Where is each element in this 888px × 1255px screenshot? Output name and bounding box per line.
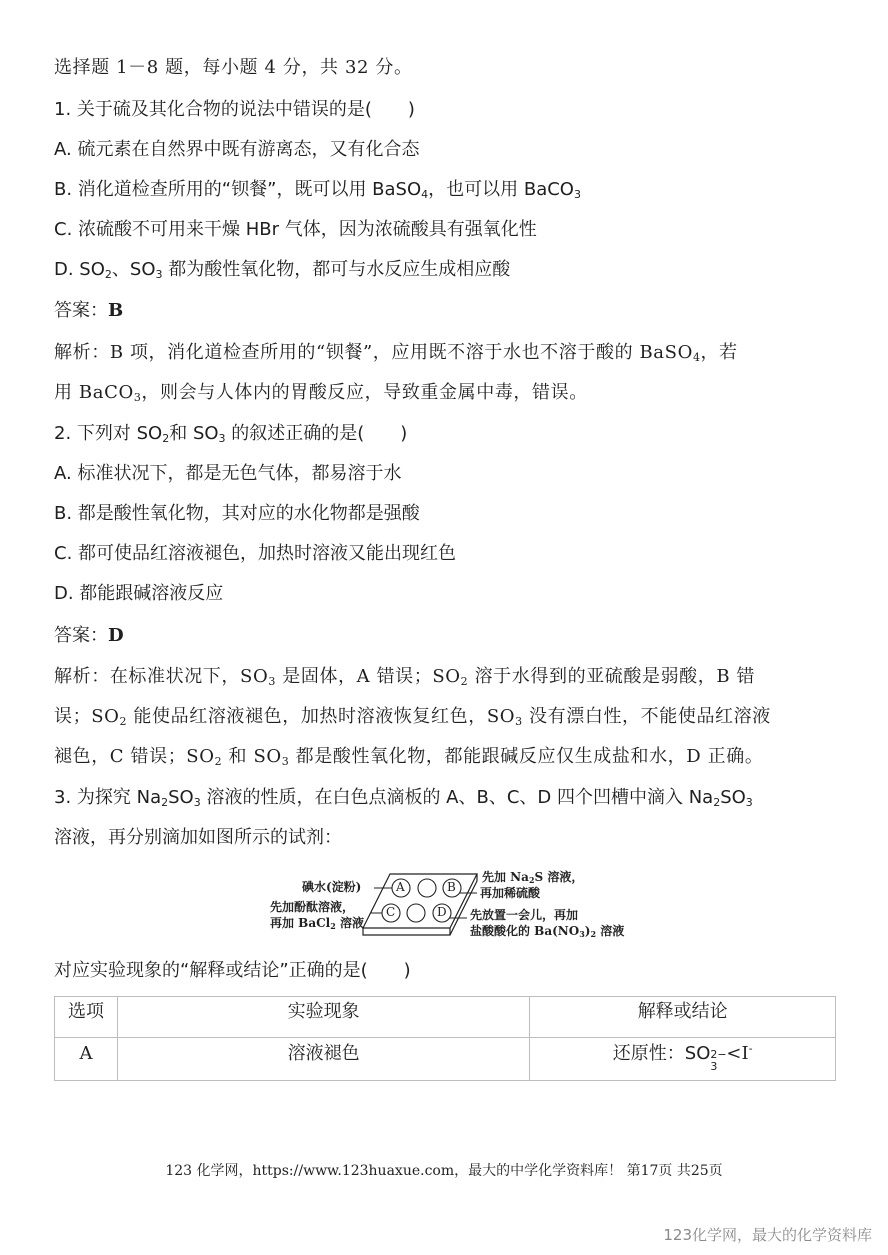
q1-option-d: D. SO2、SO3 都为酸性氧化物，都可与水反应生成相应酸 [54, 258, 510, 282]
well-c-letter: C [386, 905, 395, 920]
text: B 项，消化道检查所用的“钡餐”，应用既不溶于水也不溶于酸的 BaSO [110, 342, 693, 363]
text: 褪色，C 错误；SO [54, 746, 215, 767]
q2-stem: 2. 下列对 SO2和 SO3 的叙述正确的是( ) [54, 422, 407, 446]
spot-plate-diagram: A B C D 碘水(淀粉) 先加酚酞溶液， 再加 BaCl2 溶液 先加 Na… [262, 868, 632, 944]
cell-conclusion: 还原性：SO2−3<I- [530, 1038, 836, 1081]
q3-options-table: 选项 实验现象 解释或结论 A 溶液褪色 还原性：SO2−3<I- [54, 996, 836, 1081]
q2-analysis-line1: 解析：在标准状况下，SO3 是固体，A 错误；SO2 溶于水得到的亚硫酸是弱酸，… [54, 665, 755, 689]
text: 盐酸酸化的 Ba(NO [470, 924, 579, 938]
label-c-line2: 再加 BaCl2 溶液 [270, 916, 364, 931]
text: 误；SO [54, 706, 120, 727]
superscript: - [749, 1042, 753, 1055]
label-c-line1: 先加酚酞溶液， [270, 900, 354, 915]
text: 是固体，A 错误；SO [276, 666, 461, 687]
text: <I [726, 1043, 748, 1064]
subscript: 2 [120, 715, 128, 728]
label-d-line1: 先放置一会儿，再加 [470, 908, 578, 923]
text: 溶液 [596, 924, 624, 938]
q2-analysis-line2: 误；SO2 能使品红溶液褪色，加热时溶液恢复红色，SO3 没有漂白性，不能使品红… [54, 705, 771, 729]
text: 再加 BaCl [270, 916, 330, 930]
text: B. 消化道检查所用的“钡餐”，既可以用 BaSO [54, 179, 421, 200]
cell-phenomenon: 溶液褪色 [117, 1038, 529, 1081]
text: 都是酸性氧化物，都能跟碱反应仅生成盐和水，D 正确。 [289, 746, 763, 767]
answer-label: 答案： [54, 300, 108, 321]
subscript: 3 [219, 432, 226, 445]
q1-answer: 答案：B [54, 299, 123, 323]
label-a-iodine-water: 碘水(淀粉) [302, 880, 361, 895]
text: 都为酸性氧化物，都可与水反应生成相应酸 [163, 259, 511, 280]
analysis-label: 解析： [54, 666, 110, 687]
subscript: 3 [515, 715, 523, 728]
text: 溶于水得到的亚硫酸是弱酸，B 错 [468, 666, 755, 687]
header-option: 选项 [55, 997, 118, 1038]
text: D. SO [54, 259, 105, 280]
watermark: 123化学网，最大的化学资料库 [663, 1224, 872, 1245]
text: 没有漂白性，不能使品红溶液 [523, 706, 771, 727]
q2-option-c: C. 都可使品红溶液褪色，加热时溶液又能出现红色 [54, 542, 456, 566]
text: 和 SO [222, 746, 282, 767]
text: SO [720, 787, 746, 808]
text: SO [168, 787, 194, 808]
ion-charge: 2−3 [710, 1047, 726, 1061]
q1-analysis-line1: 解析：B 项，消化道检查所用的“钡餐”，应用既不溶于水也不溶于酸的 BaSO4，… [54, 341, 738, 365]
text: 溶液的性质，在白色点滴板的 A、B、C、D 四个凹槽中滴入 Na [201, 787, 713, 808]
answer-label: 答案： [54, 625, 108, 646]
table-row: A 溶液褪色 还原性：SO2−3<I- [55, 1038, 836, 1081]
q1-option-b: B. 消化道检查所用的“钡餐”，既可以用 BaSO4，也可以用 BaCO3 [54, 178, 581, 202]
q1-option-a: A. 硫元素在自然界中既有游离态，又有化合态 [54, 138, 419, 162]
table-header-row: 选项 实验现象 解释或结论 [55, 997, 836, 1038]
subscript: 3 [574, 188, 581, 201]
text: 和 SO [169, 423, 218, 444]
q2-answer: 答案：D [54, 624, 124, 648]
answer-value: B [108, 300, 123, 321]
text: 先加 Na [482, 870, 529, 884]
label-d-line2: 盐酸酸化的 Ba(NO3)2 溶液 [470, 924, 624, 939]
answer-value: D [108, 625, 124, 646]
q3-prompt: 对应实验现象的“解释或结论”正确的是( ) [54, 959, 411, 983]
text: 、SO [112, 259, 156, 280]
q2-analysis-line3: 褪色，C 错误；SO2 和 SO3 都是酸性氧化物，都能跟碱反应仅生成盐和水，D… [54, 745, 763, 769]
q2-option-d: D. 都能跟碱溶液反应 [54, 582, 223, 606]
subscript: 3 [156, 268, 163, 281]
well-d-letter: D [437, 905, 447, 920]
text: 的叙述正确的是( ) [226, 423, 408, 444]
header-phenomenon: 实验现象 [117, 997, 529, 1038]
q1-stem: 1. 关于硫及其化合物的说法中错误的是( ) [54, 98, 415, 122]
text: S 溶液， [535, 870, 584, 884]
label-b-line1: 先加 Na2S 溶液， [482, 870, 583, 885]
subscript: 4 [693, 351, 701, 364]
text: 用 BaCO [54, 382, 134, 403]
cell-option: A [55, 1038, 118, 1081]
header-conclusion: 解释或结论 [530, 997, 836, 1038]
text: 在标准状况下，SO [110, 666, 269, 687]
subscript: 3 [194, 796, 201, 809]
subscript: 3 [710, 1051, 717, 1083]
text: 能使品红溶液褪色，加热时溶液恢复红色，SO [127, 706, 515, 727]
text: ，则会与人体内的胃酸反应，导致重金属中毒，错误。 [141, 382, 587, 403]
q2-option-a: A. 标准状况下，都是无色气体，都易溶于水 [54, 462, 401, 486]
text: ，也可以用 BaCO [428, 179, 574, 200]
q3-stem-line2: 溶液，再分别滴加如图所示的试剂： [54, 826, 342, 850]
text: 2. 下列对 SO [54, 423, 162, 444]
q3-stem-line1: 3. 为探究 Na2SO3 溶液的性质，在白色点滴板的 A、B、C、D 四个凹槽… [54, 786, 753, 810]
subscript: 3 [268, 675, 276, 688]
well-a-letter: A [396, 880, 405, 895]
text: 还原性：SO [613, 1043, 711, 1064]
section-intro: 选择题 1－8 题，每小题 4 分，共 32 分。 [54, 56, 413, 80]
q1-analysis-line2: 用 BaCO3，则会与人体内的胃酸反应，导致重金属中毒，错误。 [54, 381, 588, 405]
analysis-label: 解析： [54, 342, 110, 363]
page-footer: 123 化学网，https://www.123huaxue.com，最大的中学化… [0, 1160, 888, 1180]
text: ，若 [701, 342, 738, 363]
text: 溶液 [336, 916, 364, 930]
subscript: 2 [105, 268, 112, 281]
subscript: 3 [746, 796, 753, 809]
text: 3. 为探究 Na [54, 787, 161, 808]
q2-option-b: B. 都是酸性氧化物，其对应的水化物都是强酸 [54, 502, 420, 526]
label-b-line2: 再加稀硫酸 [480, 886, 540, 901]
well-b-letter: B [447, 880, 456, 895]
q1-option-c: C. 浓硫酸不可用来干燥 HBr 气体，因为浓硫酸具有强氧化性 [54, 218, 537, 242]
